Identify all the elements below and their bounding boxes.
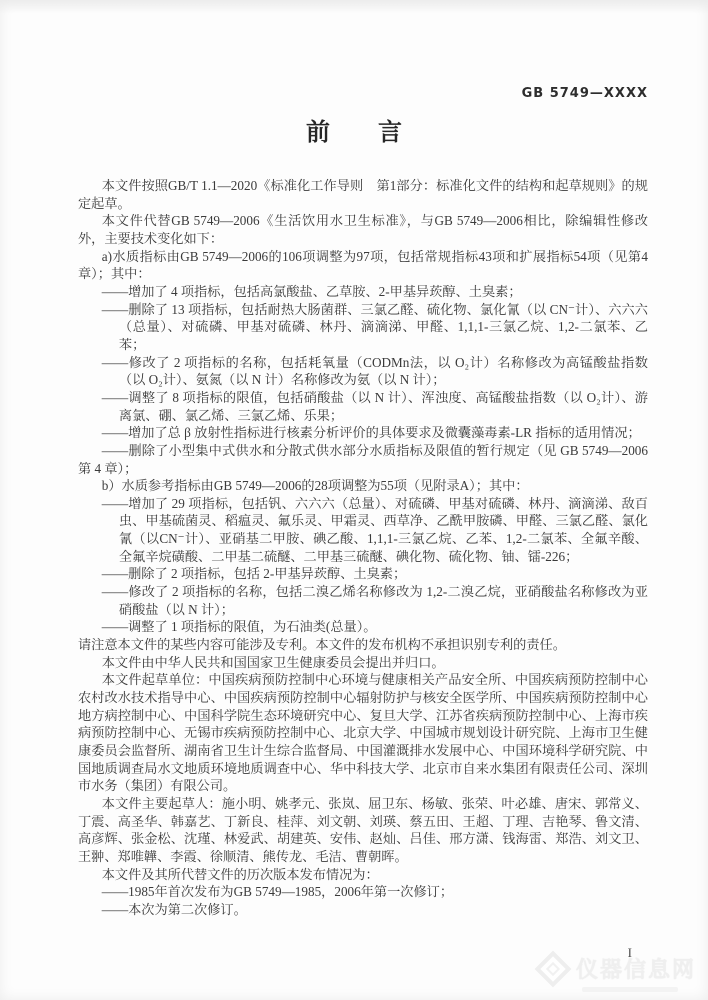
watermark-site-name: 仪器信息网 [576,953,696,984]
document-page: GB 5749—XXXX 前 言 本文件按照GB/T 1.1—2020《标准化工… [0,0,708,1000]
paragraph-section-b: b）水质参考指标由GB 5749—2006的28项调整为55项（见附录A）；其中… [78,477,648,495]
list-item-a-beta-radioactive: ——增加了总 β 放射性指标进行核素分析评价的具体要求及微囊藻毒素-LR 指标的… [78,424,648,442]
paragraph-drafting-orgs: 本文件起草单位：中国疾病预防控制中心环境与健康相关产品安全所、中国疾病预防控制中… [78,671,648,795]
paragraph-drafters: 本文件主要起草人：施小明、姚孝元、张岚、屈卫东、杨敏、张荣、叶必雄、唐宋、郭常义… [78,795,648,866]
list-item-a-removed-13: ——删除了 13 项指标，包括耐热大肠菌群、三氯乙醛、硫化物、氯化氰（以 CN⁻… [78,301,648,354]
page-title: 前 言 [0,112,708,147]
site-watermark: 仪器信息网 [534,953,704,1000]
list-item-a-renamed-2: ——修改了 2 项指标的名称，包括耗氧量（CODMn法，以 O₂计）名称修改为高… [78,354,648,389]
paragraph-history-current: ——本次为第二次修订。 [78,901,648,919]
paragraph-history-intro: 本文件及其所代替文件的历次版本发布情况为： [78,866,648,884]
paragraph-section-a: a)水质指标由GB 5749—2006的106项调整为97项，包括常规指标43项… [78,248,648,283]
list-item-b-renamed-2: ——修改了 2 项指标的名称，包括二溴乙烯名称修改为 1,2-二溴乙烷，亚硝酸盐… [78,583,648,618]
paragraph-issuing-body: 本文件由中华人民共和国国家卫生健康委员会提出并归口。 [78,654,648,672]
foreword-body: 本文件按照GB/T 1.1—2020《标准化工作导则 第1部分：标准化文件的结构… [78,177,648,919]
standard-number: GB 5749—XXXX [522,86,648,101]
list-item-b-added-29: ——增加了 29 项指标，包括钒、六六六（总量）、对硫磷、甲基对硫磷、林丹、滴滴… [78,495,648,566]
paragraph-history-1985: ——1985年首次发布为GB 5749—1985，2006年第一次修订； [78,883,648,901]
list-item-a-removed-interim: ——删除了小型集中式供水和分散式供水部分水质指标及限值的暂行规定（见 GB 57… [78,442,648,477]
list-item-a-limits-8: ——调整了 8 项指标的限值，包括硝酸盐（以 N 计）、浑浊度、高锰酸盐指数（以… [78,389,648,424]
watermark-diamond-logo-icon [535,950,572,987]
watermark-subline [582,987,678,992]
paragraph-replaces: 本文件代替GB 5749—2006《生活饮用水卫生标准》，与GB 5749—20… [78,212,648,247]
paragraph-patent-notice: 请注意本文件的某些内容可能涉及专利。本文件的发布机构不承担识别专利的责任。 [78,636,648,654]
list-item-a-added-4: ——增加了 4 项指标，包括高氯酸盐、乙草胺、2-甲基异莰醇、土臭素； [78,283,648,301]
list-item-b-removed-2: ——删除了 2 项指标，包括 2-甲基异莰醇、土臭素； [78,565,648,583]
paragraph-drafting-rule: 本文件按照GB/T 1.1—2020《标准化工作导则 第1部分：标准化文件的结构… [78,177,648,212]
list-item-b-limit-1: ——调整了 1 项指标的限值，为石油类(总量）。 [78,618,648,636]
